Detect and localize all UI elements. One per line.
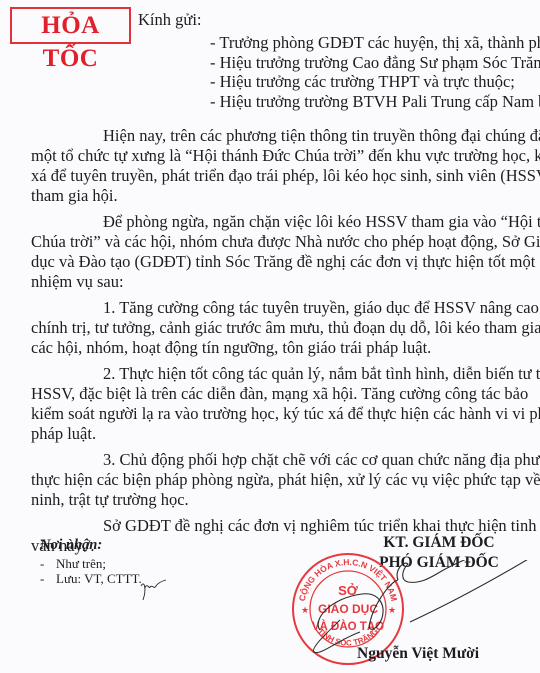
- body-line: pháp luật.: [31, 424, 96, 444]
- body-line: HSSV, đặc biệt là trên các diễn đàn, mạn…: [31, 384, 528, 404]
- body-line: kiểm soát người lạ ra vào trường học, ký…: [31, 404, 540, 424]
- body-line: một tổ chức tự xưng là “Hội thánh Đức Ch…: [31, 146, 540, 166]
- recipient-item: - Hiệu trưởng các trường THPT và trực th…: [210, 72, 540, 92]
- body-line: Chúa trời” và các hội, nhóm chưa được Nh…: [31, 232, 540, 252]
- signer-title-1: KT. GIÁM ĐỐC: [354, 533, 524, 553]
- body-line: xá để tuyên truyền, phát triển đạo trái …: [31, 166, 540, 186]
- body-line: Hiện nay, trên các phương tiện thông tin…: [103, 126, 540, 146]
- receiver-item: -Lưu: VT, CTTT.: [40, 571, 142, 586]
- recipient-item: - Hiệu trưởng trường BTVH Pali Trung cấp…: [210, 92, 540, 112]
- receivers-section: Nơi nhận: -Như trên; -Lưu: VT, CTTT.: [40, 537, 142, 586]
- body-line: tham gia hội.: [31, 186, 118, 206]
- body-line: dục và Đào tạo (GDĐT) tỉnh Sóc Trăng đề …: [31, 252, 535, 272]
- receiver-item: -Như trên;: [40, 556, 142, 571]
- signer-name: Nguyễn Việt Mười: [357, 645, 479, 663]
- body-line: 3. Chủ động phối hợp chặt chẽ với các cơ…: [103, 450, 540, 470]
- body-line: Để phòng ngừa, ngăn chặn việc lôi kéo HS…: [103, 212, 540, 232]
- official-letter: HỎA TỐC Kính gửi: - Trưởng phòng GDĐT cá…: [0, 0, 540, 673]
- body-line: 1. Tăng cường công tác tuyên truyền, giá…: [103, 298, 540, 318]
- recipient-item: - Hiệu trưởng trường Cao đẳng Sư phạm Só…: [210, 53, 540, 73]
- body-line: nhiệm vụ sau:: [31, 272, 124, 292]
- initials-paraph: [138, 578, 168, 608]
- greeting: Kính gửi:: [138, 10, 202, 30]
- urgent-stamp: HỎA TỐC: [10, 7, 131, 44]
- body-line: thực hiện các biện pháp phòng ngừa, phát…: [31, 470, 540, 490]
- receivers-title: Nơi nhận:: [40, 537, 142, 554]
- body-line: chính trị, tư tưởng, cảnh giác trước âm …: [31, 318, 540, 338]
- recipient-list: - Trưởng phòng GDĐT các huyện, thị xã, t…: [210, 33, 540, 111]
- body-line: ninh, trật tự trường học.: [31, 490, 189, 510]
- body-line: các hội, nhóm, hoạt động tín ngưỡng, tôn…: [31, 338, 431, 358]
- body-line: 2. Thực hiện tốt công tác quản lý, nắm b…: [103, 364, 540, 384]
- recipient-item: - Trưởng phòng GDĐT các huyện, thị xã, t…: [210, 33, 540, 53]
